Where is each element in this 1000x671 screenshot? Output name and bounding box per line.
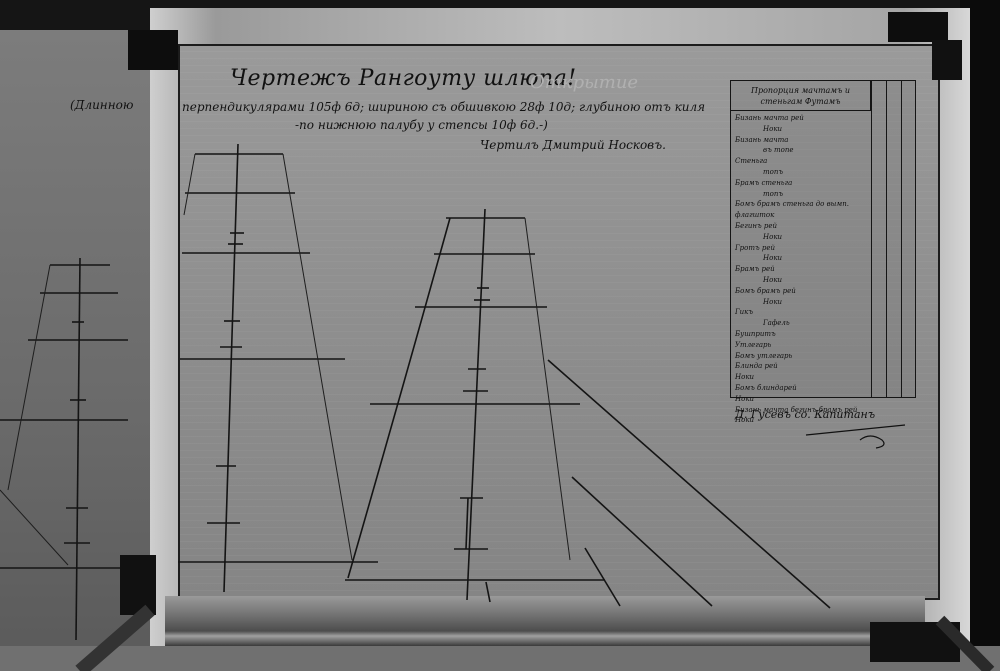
table-row: Бегинъ рей [733, 221, 917, 232]
table-row: Гротъ рей [733, 243, 917, 254]
table-row: Гикъ [733, 307, 917, 318]
row-label: Бомъ брамъ стеньга до вымп. [733, 199, 873, 210]
drawing-title: Чертежъ Рангоуту шлюпа! [230, 66, 577, 91]
table-row: Бомъ брамъ стеньга до вымп. [733, 199, 917, 210]
row-label: Гротъ рей [733, 243, 873, 254]
mast-left [178, 144, 378, 592]
row-label: Ноки [733, 232, 901, 243]
row-label: Стеньга [733, 156, 873, 167]
row-label: Бушпритъ [733, 329, 873, 340]
table-row: Бомъ утлегарь [733, 351, 917, 362]
table-row: Утлегарь [733, 340, 917, 351]
row-label: Ноки [733, 394, 873, 405]
row-label: топъ [733, 167, 901, 178]
table-row: Стеньга [733, 156, 917, 167]
table-row: въ топе [733, 145, 917, 156]
table-row: топъ [733, 189, 917, 200]
row-label: топъ [733, 189, 901, 200]
row-label: Гикъ [733, 307, 873, 318]
table-row: Бомъ брамъ рей [733, 286, 917, 297]
left-fragment-text: (Длинною [70, 98, 133, 112]
row-label: Ноки [733, 275, 901, 286]
table-row: флагшток [733, 210, 917, 221]
drafter-signature: Чертилъ Дмитрий Носковъ. [480, 138, 666, 152]
row-label: Бомъ утлегарь [733, 351, 873, 362]
mast-center [345, 209, 605, 600]
row-label: Ноки [733, 253, 901, 264]
table-row: Бушпритъ [733, 329, 917, 340]
photograph: (Длинною Чертежъ Рангоуту шлюпа! Открыти… [0, 0, 1000, 671]
row-label: Бизань мачта бегинъ брамъ рей [733, 405, 873, 416]
table-row: Ноки [733, 232, 917, 243]
table-header: Пропорция мачтамъ и стеньгам Футамъ [731, 81, 871, 111]
row-label: Утлегарь [733, 340, 873, 351]
table-row: Ноки [733, 253, 917, 264]
table-row: Ноки [733, 297, 917, 308]
row-label: Ноки [733, 415, 873, 426]
table-row: Ноки [733, 275, 917, 286]
row-label: Бизань мачта [733, 135, 873, 146]
table-row: Бизань мачта [733, 135, 917, 146]
row-label: Брамъ рей [733, 264, 873, 275]
table-row: Брамъ рей [733, 264, 917, 275]
table-row: Ноки [733, 415, 917, 426]
row-label: Бомъ брамъ рей [733, 286, 873, 297]
stamp-word: Открытие [530, 72, 638, 93]
row-label: Бегинъ рей [733, 221, 873, 232]
row-label: Ноки [733, 297, 901, 308]
table-row: Бизань мачта рей [733, 113, 917, 124]
row-label: флагшток [733, 210, 873, 221]
row-label: Бизань мачта рей [733, 113, 873, 124]
table-row: Блинда рей [733, 361, 917, 372]
table-row: Бомъ блиндарей [733, 383, 917, 394]
table-row: Ноки [733, 372, 917, 383]
row-label: Блинда рей [733, 361, 873, 372]
description-line-2: -по нижнюю палубу у степсы 10ф 6д.-) [295, 118, 548, 132]
table-body: Бизань мачта рейНокиБизань мачтавъ топеС… [733, 113, 917, 426]
table-row: Бизань мачта бегинъ брамъ рей [733, 405, 917, 416]
row-label: Брамъ стеньга [733, 178, 873, 189]
table-row: Гафель [733, 318, 917, 329]
spar-dimensions-table: Пропорция мачтамъ и стеньгам Футамъ Биза… [730, 80, 916, 398]
table-row: Ноки [733, 124, 917, 135]
row-label: Ноки [733, 124, 901, 135]
row-label: Ноки [733, 372, 873, 383]
row-label: Бомъ блиндарей [733, 383, 873, 394]
table-row: топъ [733, 167, 917, 178]
table-row: Брамъ стеньга [733, 178, 917, 189]
table-row: Ноки [733, 394, 917, 405]
row-label: Гафель [733, 318, 901, 329]
row-label: въ топе [733, 145, 901, 156]
description-line-1: перпендикулярами 105ф 6д; шириною съ обш… [182, 100, 705, 114]
left-sheet-mast-sketch [0, 258, 128, 640]
